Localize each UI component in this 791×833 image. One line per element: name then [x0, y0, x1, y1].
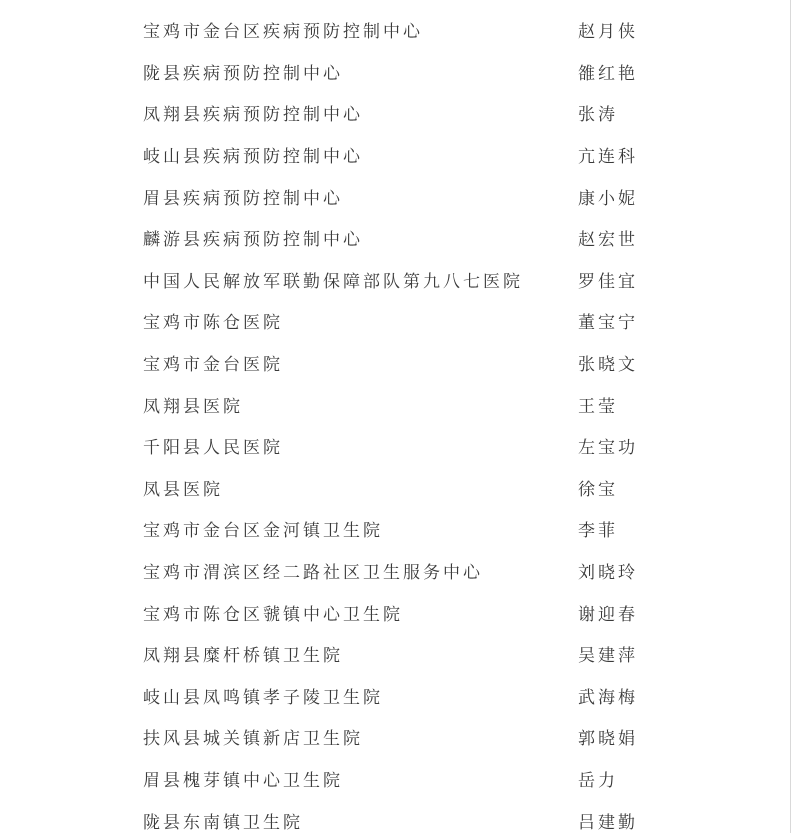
person-name: 谢迎春	[578, 600, 638, 625]
list-item: 凤翔县糜杆桥镇卫生院 吴建萍	[143, 633, 790, 675]
list-item: 宝鸡市陈仓医院 董宝宁	[143, 300, 790, 342]
person-name: 吴建萍	[578, 641, 638, 666]
organization-name: 陇县东南镇卫生院	[143, 808, 578, 833]
list-item: 眉县疾病预防控制中心 康小妮	[143, 175, 790, 217]
list-item: 宝鸡市金台医院 张晓文	[143, 342, 790, 384]
person-name: 赵月侠	[578, 17, 638, 42]
list-item: 岐山县疾病预防控制中心 亢连科	[143, 134, 790, 176]
person-name: 康小妮	[578, 184, 638, 209]
person-name: 张涛	[578, 100, 618, 125]
person-name: 赵宏世	[578, 225, 638, 250]
organization-name: 宝鸡市金台区疾病预防控制中心	[143, 17, 578, 42]
organization-name: 岐山县凤鸣镇孝子陵卫生院	[143, 683, 578, 708]
list-item: 陇县疾病预防控制中心 雒红艳	[143, 51, 790, 93]
list-item: 凤翔县医院 王莹	[143, 383, 790, 425]
organization-name: 陇县疾病预防控制中心	[143, 59, 578, 84]
recipient-list: 宝鸡市金台区疾病预防控制中心 赵月侠 陇县疾病预防控制中心 雒红艳 凤翔县疾病预…	[143, 9, 790, 833]
person-name: 张晓文	[578, 350, 638, 375]
list-item: 麟游县疾病预防控制中心 赵宏世	[143, 217, 790, 259]
organization-name: 千阳县人民医院	[143, 433, 578, 458]
list-item: 凤县医院 徐宝	[143, 467, 790, 509]
organization-name: 凤翔县糜杆桥镇卫生院	[143, 641, 578, 666]
organization-name: 凤翔县医院	[143, 392, 578, 417]
person-name: 王莹	[578, 392, 618, 417]
organization-name: 宝鸡市陈仓医院	[143, 308, 578, 333]
organization-name: 宝鸡市金台医院	[143, 350, 578, 375]
person-name: 岳力	[578, 766, 618, 791]
organization-name: 扶风县城关镇新店卫生院	[143, 724, 578, 749]
person-name: 武海梅	[578, 683, 638, 708]
person-name: 董宝宁	[578, 308, 638, 333]
person-name: 雒红艳	[578, 59, 638, 84]
list-item: 宝鸡市金台区疾病预防控制中心 赵月侠	[143, 9, 790, 51]
person-name: 李菲	[578, 516, 618, 541]
list-item: 陇县东南镇卫生院 吕建勤	[143, 799, 790, 833]
list-item: 眉县槐芽镇中心卫生院 岳力	[143, 758, 790, 800]
list-item: 岐山县凤鸣镇孝子陵卫生院 武海梅	[143, 675, 790, 717]
person-name: 刘晓玲	[578, 558, 638, 583]
person-name: 亢连科	[578, 142, 638, 167]
list-item: 凤翔县疾病预防控制中心 张涛	[143, 92, 790, 134]
list-item: 中国人民解放军联勤保障部队第九八七医院 罗佳宜	[143, 259, 790, 301]
person-name: 左宝功	[578, 433, 638, 458]
organization-name: 宝鸡市金台区金河镇卫生院	[143, 516, 578, 541]
organization-name: 宝鸡市渭滨区经二路社区卫生服务中心	[143, 558, 578, 583]
document-page: 宝鸡市金台区疾病预防控制中心 赵月侠 陇县疾病预防控制中心 雒红艳 凤翔县疾病预…	[0, 0, 791, 833]
organization-name: 中国人民解放军联勤保障部队第九八七医院	[143, 267, 578, 292]
organization-name: 宝鸡市陈仓区虢镇中心卫生院	[143, 600, 578, 625]
organization-name: 麟游县疾病预防控制中心	[143, 225, 578, 250]
person-name: 吕建勤	[578, 808, 638, 833]
organization-name: 眉县疾病预防控制中心	[143, 184, 578, 209]
organization-name: 凤县医院	[143, 475, 578, 500]
list-item: 宝鸡市渭滨区经二路社区卫生服务中心 刘晓玲	[143, 550, 790, 592]
person-name: 罗佳宜	[578, 267, 638, 292]
list-item: 扶风县城关镇新店卫生院 郭晓娟	[143, 716, 790, 758]
organization-name: 凤翔县疾病预防控制中心	[143, 100, 578, 125]
list-item: 宝鸡市陈仓区虢镇中心卫生院 谢迎春	[143, 591, 790, 633]
list-item: 宝鸡市金台区金河镇卫生院 李菲	[143, 508, 790, 550]
person-name: 郭晓娟	[578, 724, 638, 749]
organization-name: 眉县槐芽镇中心卫生院	[143, 766, 578, 791]
person-name: 徐宝	[578, 475, 618, 500]
list-item: 千阳县人民医院 左宝功	[143, 425, 790, 467]
organization-name: 岐山县疾病预防控制中心	[143, 142, 578, 167]
